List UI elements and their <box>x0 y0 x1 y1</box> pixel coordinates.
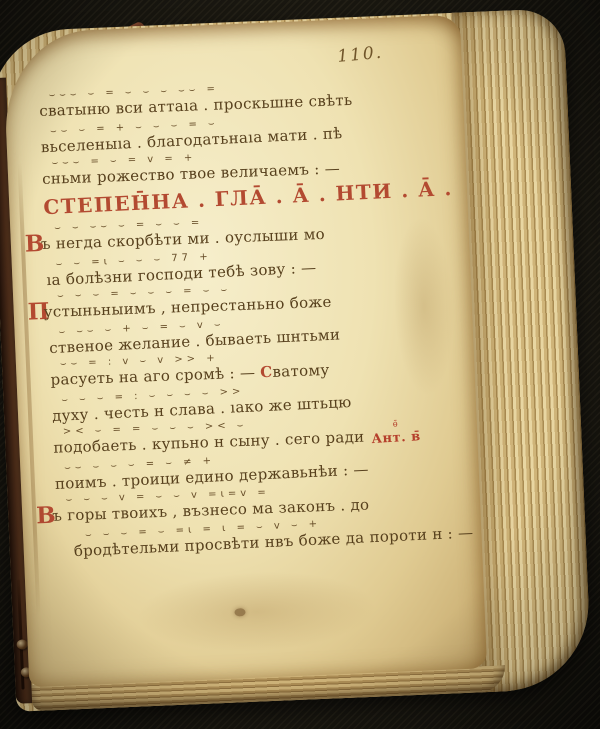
initial-letter: В <box>25 239 41 250</box>
margin-note-label: Ант. в̄ <box>371 429 421 447</box>
rubric-letter: С <box>260 363 273 381</box>
initial-letter: В <box>36 511 52 522</box>
margin-note: ѳ̄ Ант. в̄ <box>370 418 421 445</box>
manuscript-page: 110. ⌣⌣⌣ ⌣ = ⌣ ⌣ ⌣ ⌣⌣ =сватыню вси аттаı… <box>2 15 487 688</box>
text-segment: ватому <box>272 361 330 381</box>
stain <box>135 567 378 657</box>
photo-background: 110. ⌣⌣⌣ ⌣ = ⌣ ⌣ ⌣ ⌣⌣ =сватыню вси аттаı… <box>0 0 600 729</box>
page-number: 110. <box>336 43 384 67</box>
manuscript-text: ⌣⌣⌣ ⌣ = ⌣ ⌣ ⌣ ⌣⌣ =сватыню вси аттаıа . п… <box>38 73 461 563</box>
initial-letter: П <box>28 307 44 318</box>
manuscript-book: 110. ⌣⌣⌣ ⌣ = ⌣ ⌣ ⌣ ⌣⌣ =сватыню вси аттаı… <box>0 8 592 712</box>
